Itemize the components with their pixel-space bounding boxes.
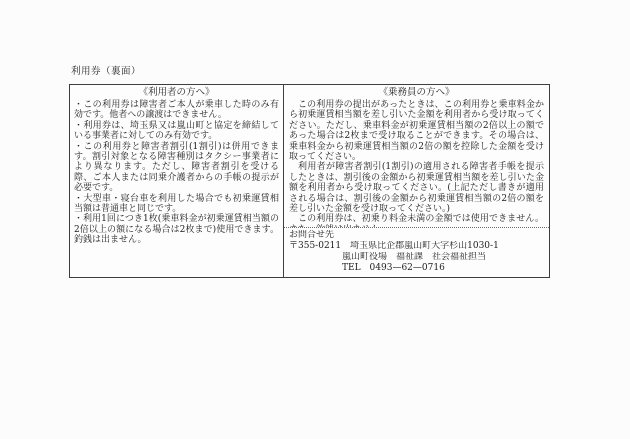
user-note-operators: ・利用券は、埼玉県又は嵐山町と協定を締結している事業者に対してのみ有効です。 — [74, 121, 279, 142]
crew-note-minimum-fare: この利用券は、初乗り料金未満の金額では使用できません。また、釣銭は出ません。 — [289, 214, 544, 227]
contact-info-section: お問合せ先 〒355-0211埼玉県比企郡嵐山町大字杉山1030-1 嵐山町役場… — [284, 227, 549, 277]
department: 嵐山町役場 福祉課 社会福祉担当 — [342, 252, 544, 263]
document-page: 利用券（裏面） 《利用者の方へ》 ・この利用券は障害者ご本人が乗車した時のみ有効… — [0, 0, 630, 439]
page-title: 利用券（裏面） — [71, 66, 141, 78]
contact-address-line: 〒355-0211埼玉県比企郡嵐山町大字杉山1030-1 — [289, 241, 544, 252]
phone-number: TEL 0493—62—0716 — [342, 263, 544, 274]
user-instructions-cell: 《利用者の方へ》 ・この利用券は障害者ご本人が乗車した時のみ有効です。他者への譲… — [70, 85, 284, 277]
user-section-header: 《利用者の方へ》 — [74, 87, 279, 99]
crew-section-header: 《乗務員の方へ》 — [289, 87, 544, 99]
ticket-back-table: 《利用者の方へ》 ・この利用券は障害者ご本人が乗車した時のみ有効です。他者への譲… — [69, 84, 550, 278]
crew-note-discount-handling: 利用者が障害者割引(1割引)の適用される障害者手帳を提示したときは、割引後の金額… — [289, 162, 544, 214]
crew-instructions-body: 《乗務員の方へ》 この利用券の提出があったときは、この利用券と乗車料金から初乗運… — [284, 85, 549, 227]
address: 埼玉県比企郡嵐山町大字杉山1030-1 — [350, 241, 499, 251]
postal-code: 〒355-0211 — [289, 241, 341, 252]
user-note-validity: ・この利用券は障害者ご本人が乗車した時のみ有効です。他者への譲渡はできません。 — [74, 100, 279, 121]
user-note-discount: ・この利用券と障害者割引(1割引)は併用できます。割引対象となる障害種別はタクシ… — [74, 142, 279, 194]
user-note-usage-limit: ・利用1回につき1枚(乗車料金が初乗運賃相当額の2倍以上の額になる場合は2枚まで… — [74, 214, 279, 245]
crew-instructions-cell: 《乗務員の方へ》 この利用券の提出があったときは、この利用券と乗車料金から初乗運… — [284, 85, 549, 277]
contact-label: お問合せ先 — [289, 230, 544, 241]
user-note-vehicle-type: ・大型車・寝台車を利用した場合でも初乗運賃相当額は普通車と同じです。 — [74, 194, 279, 215]
crew-note-collection: この利用券の提出があったときは、この利用券と乗車料金から初乗運賃相当額を差し引い… — [289, 100, 544, 162]
